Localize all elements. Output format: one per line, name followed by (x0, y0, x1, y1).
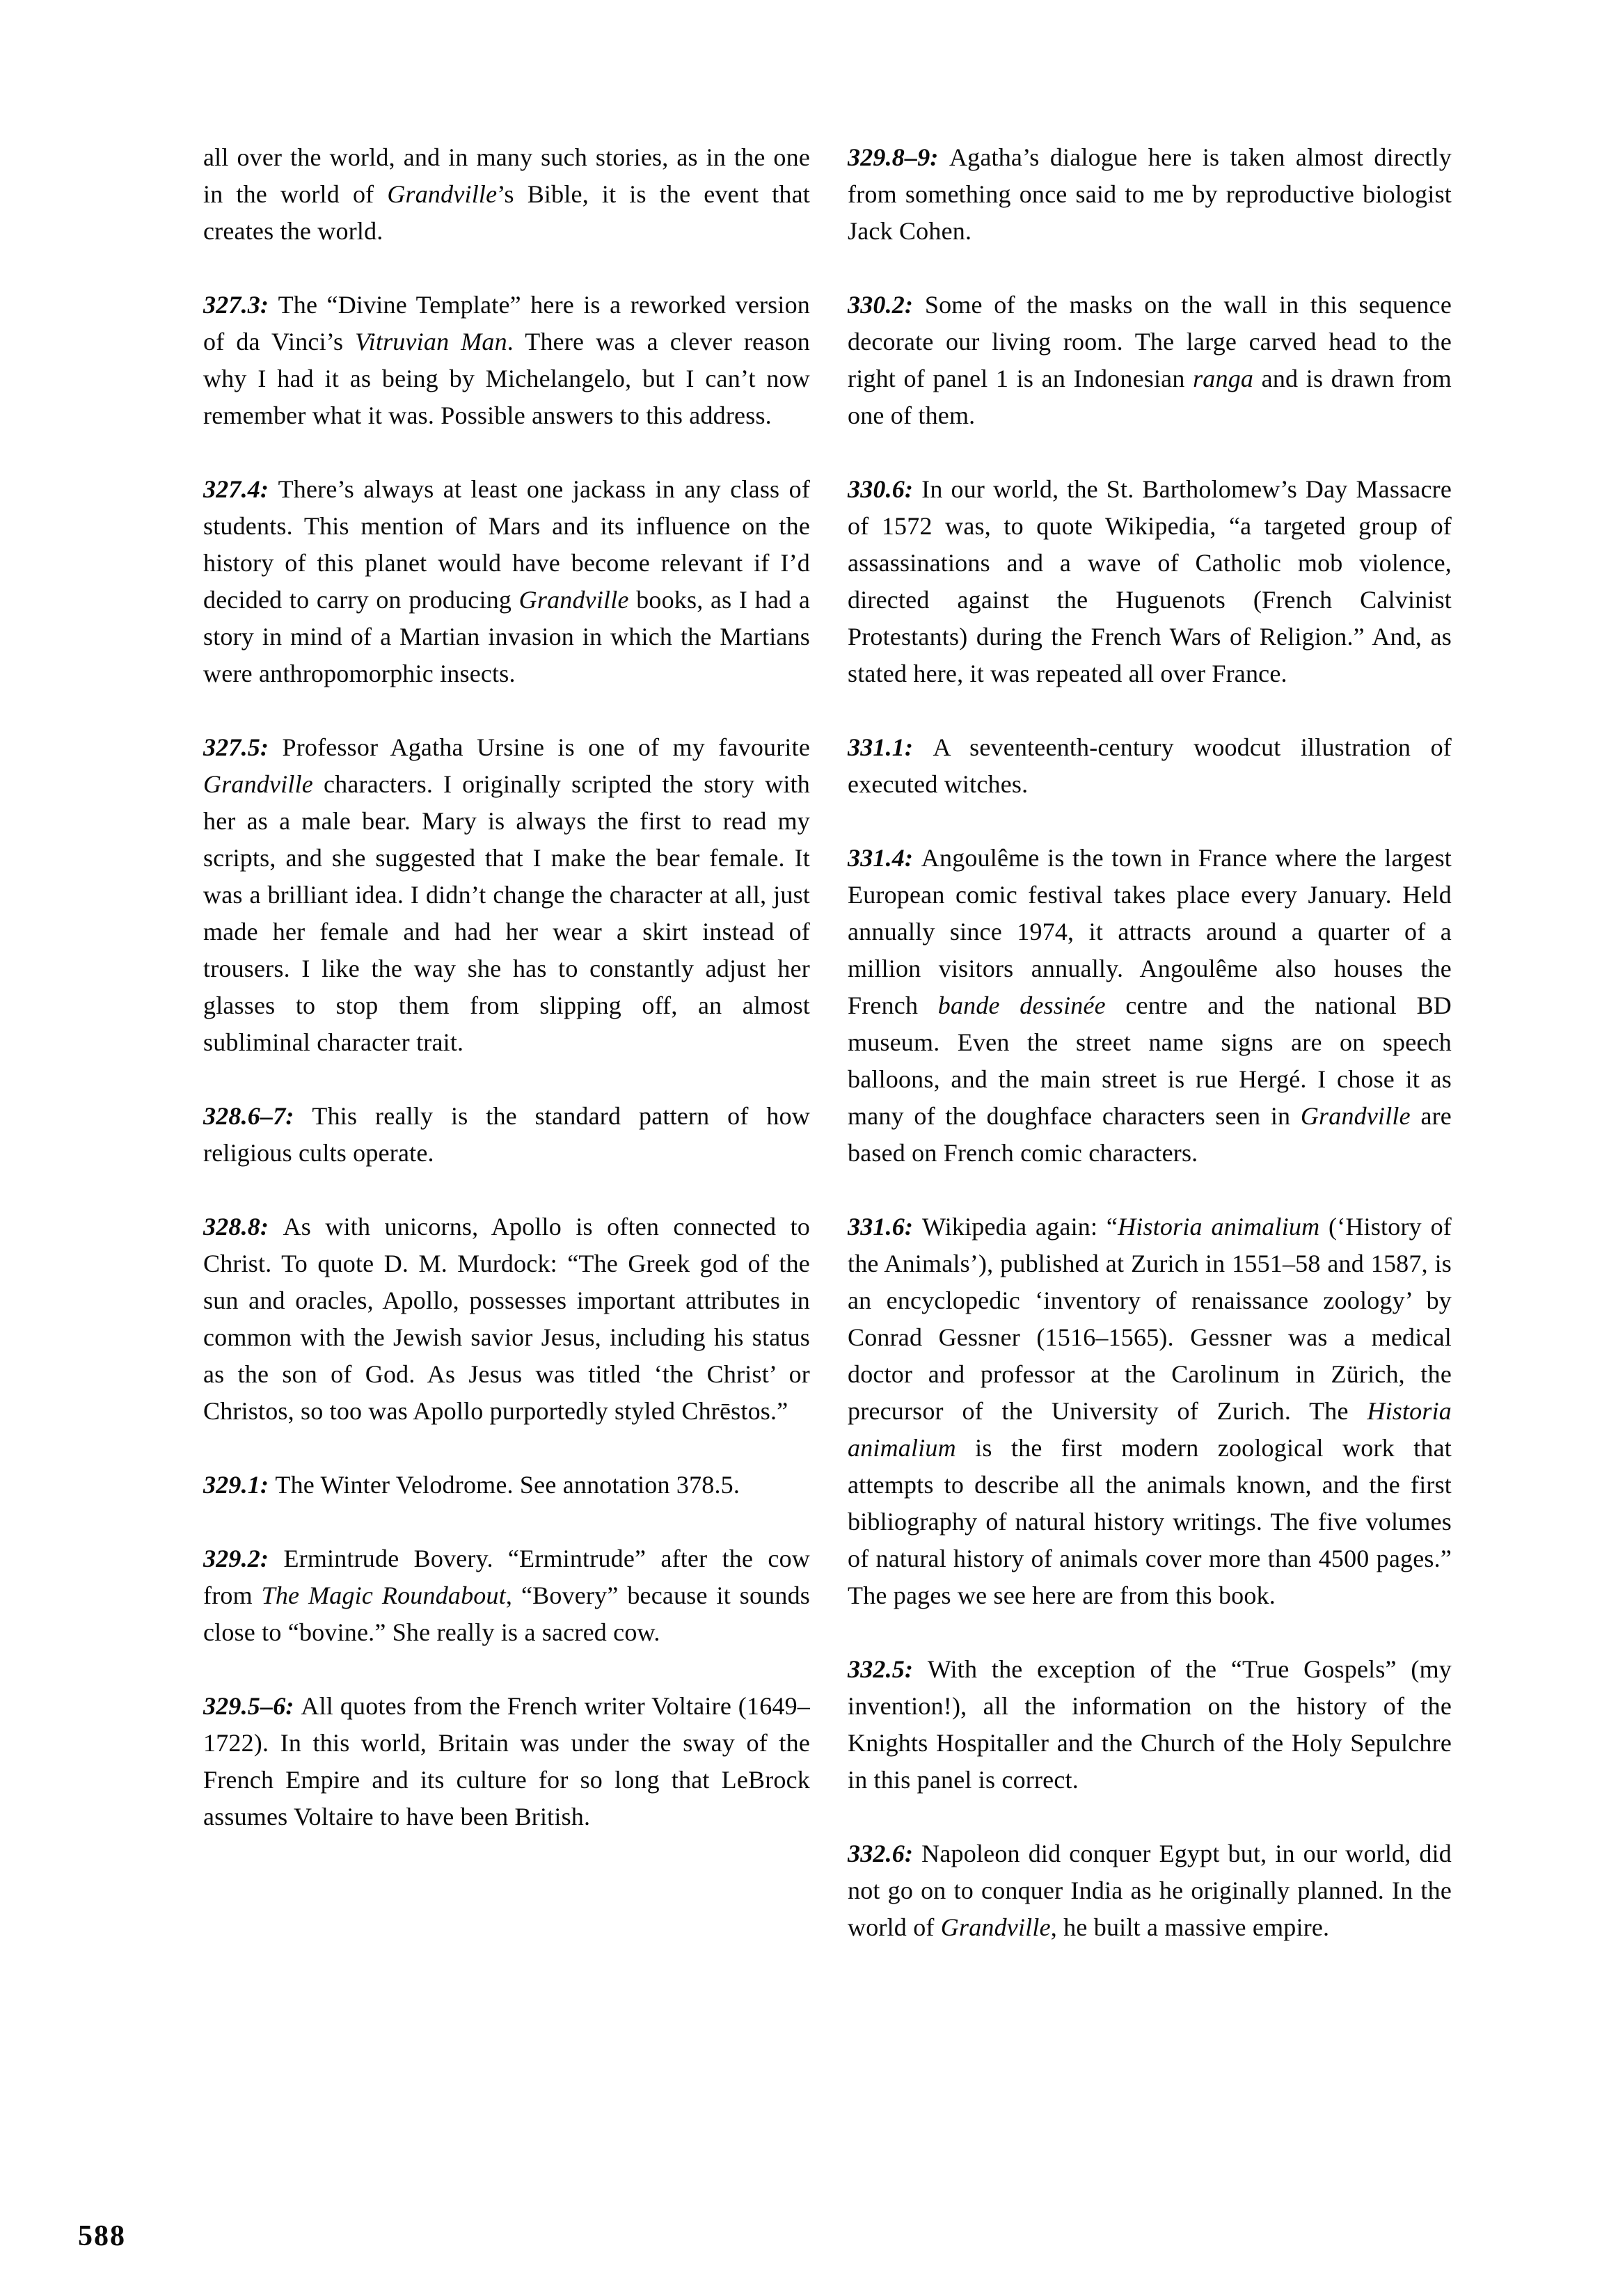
annotation-paragraph: 327.5: Professor Agatha Ursine is one of… (203, 729, 810, 1061)
italic-text-run: Historia animalium (1118, 1213, 1319, 1241)
italic-text-run: Vitruvian Man (355, 328, 507, 356)
annotation-number: 328.6–7: (203, 1102, 312, 1130)
annotation-number: 331.4: (848, 844, 921, 872)
annotation-number: 331.1: (848, 733, 933, 761)
page-number: 588 (78, 2219, 126, 2253)
annotation-paragraph: 329.2: Ermintrude Bovery. “Ermintrude” a… (203, 1540, 810, 1651)
italic-text-run: Grandville (387, 180, 497, 208)
annotation-number: 332.5: (848, 1655, 928, 1683)
italic-text-run: Grandville (941, 1913, 1051, 1941)
annotation-paragraph: 331.4: Angoulême is the town in France w… (848, 840, 1452, 1172)
annotation-paragraph: 332.5: With the exception of the “True G… (848, 1651, 1452, 1799)
text-run: Wikipedia again: “ (922, 1213, 1118, 1241)
annotation-number: 329.8–9: (848, 143, 949, 171)
annotation-paragraph: 330.2: Some of the masks on the wall in … (848, 287, 1452, 434)
annotation-number: 330.6: (848, 475, 921, 503)
annotation-paragraph: 328.8: As with unicorns, Apollo is often… (203, 1209, 810, 1430)
annotation-paragraph: 332.6: Napoleon did conquer Egypt but, i… (848, 1835, 1452, 1946)
annotation-paragraph: 327.3: The “Divine Template” here is a r… (203, 287, 810, 434)
annotation-paragraph: 329.5–6: All quotes from the French writ… (203, 1688, 810, 1835)
annotation-paragraph: 329.8–9: Agatha’s dialogue here is taken… (848, 139, 1452, 250)
text-run: In our world, the St. Bartholomew’s Day … (848, 475, 1452, 687)
text-run: (‘History of the Animals’), published at… (848, 1213, 1452, 1425)
italic-text-run: Grandville (1301, 1102, 1411, 1130)
annotation-paragraph: 328.6–7: This really is the standard pat… (203, 1098, 810, 1172)
annotation-paragraph: 331.6: Wikipedia again: “Historia animal… (848, 1209, 1452, 1614)
annotation-number: 331.6: (848, 1213, 922, 1241)
book-page: all over the world, and in many such sto… (0, 0, 1618, 2296)
annotation-number: 327.5: (203, 733, 282, 761)
text-run: , he built a massive empire. (1051, 1913, 1330, 1941)
italic-text-run: ranga (1193, 365, 1253, 392)
annotation-paragraph: 329.1: The Winter Velodrome. See annotat… (203, 1467, 810, 1504)
annotation-number: 329.2: (203, 1545, 283, 1572)
annotation-number: 327.4: (203, 475, 278, 503)
annotation-paragraph: all over the world, and in many such sto… (203, 139, 810, 250)
text-run: As with unicorns, Apollo is often connec… (203, 1213, 810, 1425)
text-run: A seventeenth-century woodcut illustrati… (848, 733, 1452, 798)
annotation-number: 329.5–6: (203, 1692, 301, 1720)
text-run: With the exception of the “True Gospels”… (848, 1655, 1452, 1794)
right-column: 329.8–9: Agatha’s dialogue here is taken… (848, 139, 1452, 1946)
text-run: The Winter Velodrome. See annotation 378… (275, 1471, 740, 1499)
annotation-paragraph: 331.1: A seventeenth-century woodcut ill… (848, 729, 1452, 803)
text-run: Professor Agatha Ursine is one of my fav… (282, 733, 810, 761)
italic-text-run: bande dessinée (938, 991, 1106, 1019)
annotation-number: 327.3: (203, 291, 278, 319)
annotation-number: 328.8: (203, 1213, 283, 1241)
annotation-number: 329.1: (203, 1471, 275, 1499)
left-column: all over the world, and in many such sto… (203, 139, 810, 1835)
italic-text-run: The Magic Roundabout (262, 1581, 506, 1609)
italic-text-run: Grandville (203, 770, 313, 798)
annotation-number: 330.2: (848, 291, 925, 319)
annotation-paragraph: 327.4: There’s always at least one jacka… (203, 471, 810, 692)
italic-text-run: Grandville (519, 586, 629, 614)
annotation-number: 332.6: (848, 1840, 921, 1867)
annotation-paragraph: 330.6: In our world, the St. Bartholomew… (848, 471, 1452, 692)
text-run: characters. I originally scripted the st… (203, 770, 810, 1056)
